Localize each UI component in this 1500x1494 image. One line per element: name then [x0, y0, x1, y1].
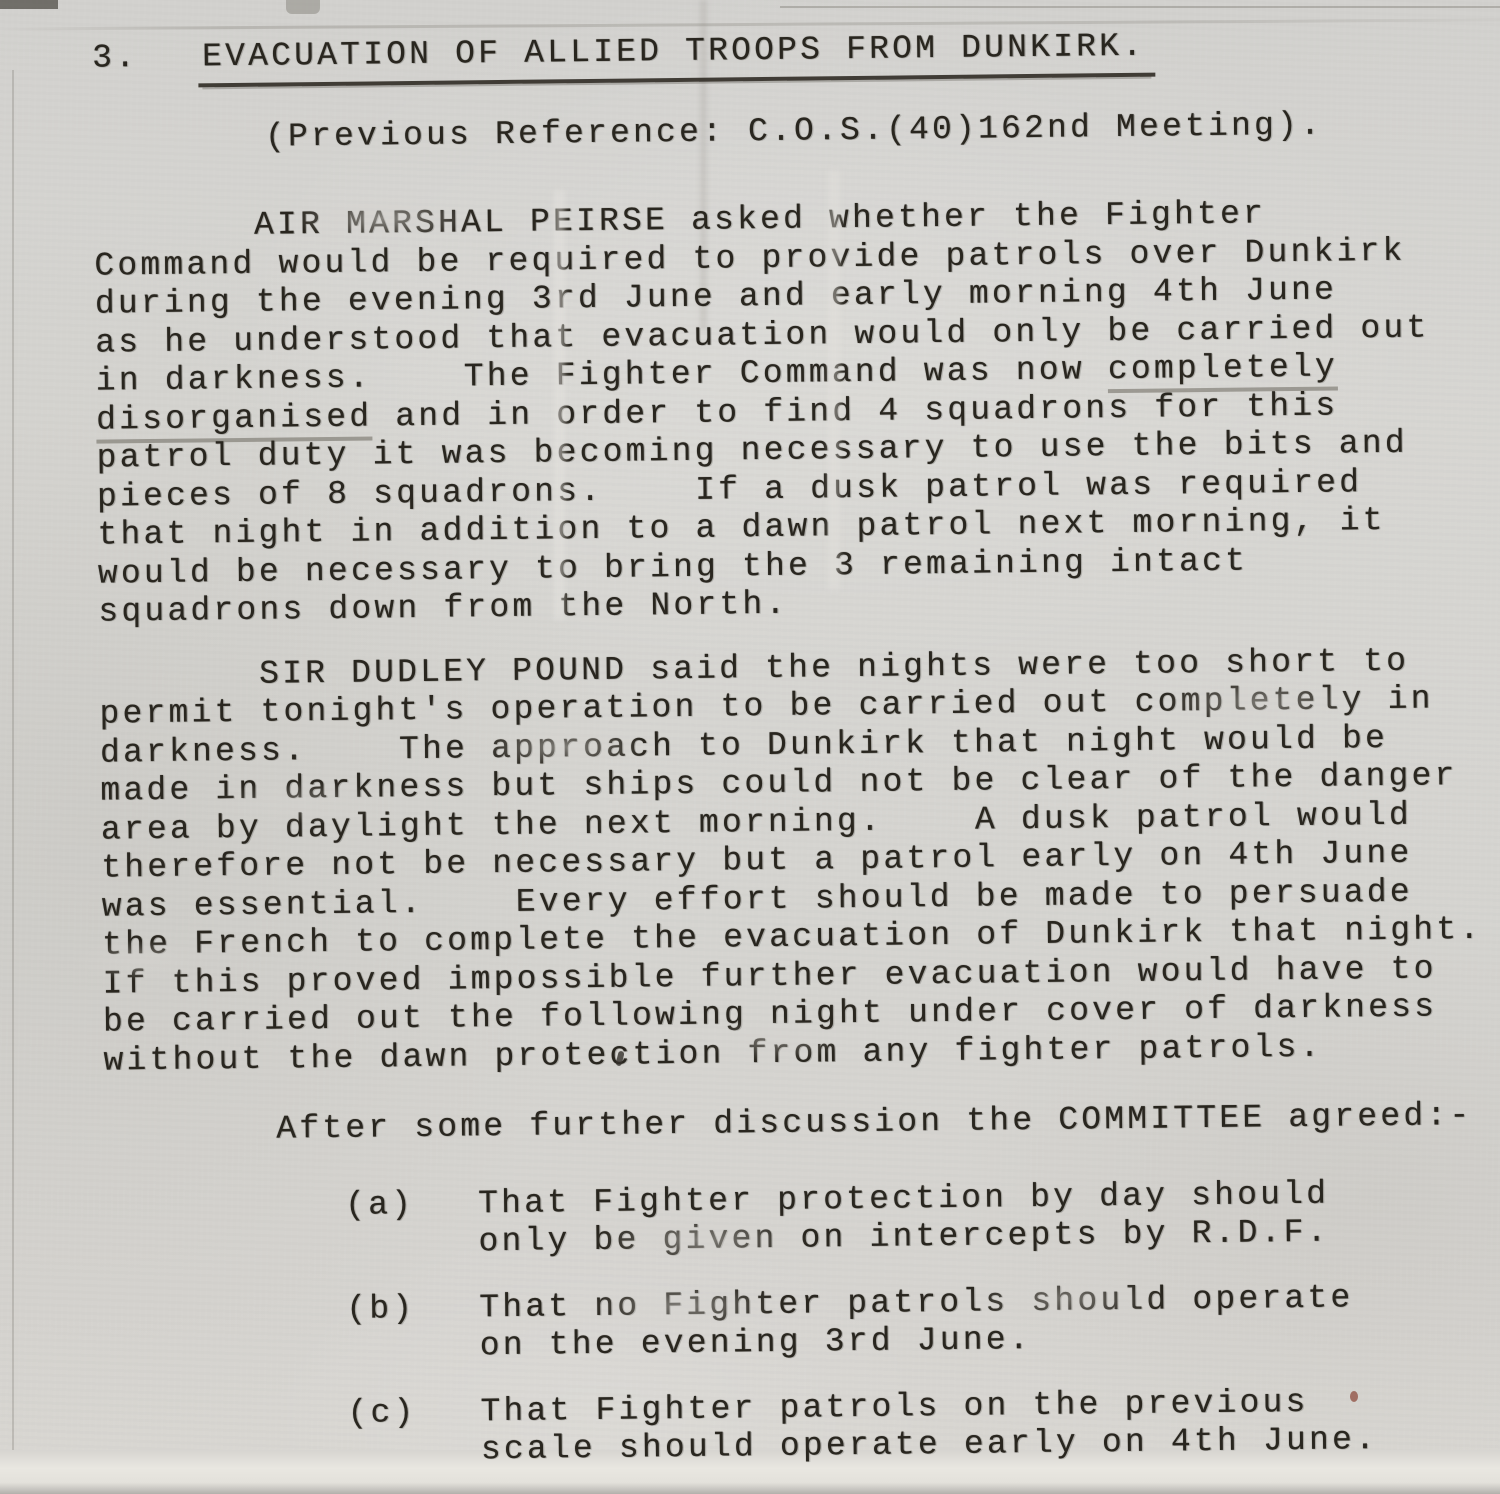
- agreement-item: (b)That no Fighter patrols should operat…: [346, 1277, 1500, 1367]
- agreement-item-text: That Fighter patrols on the previousscal…: [480, 1383, 1378, 1470]
- agreement-item: (c)That Fighter patrols on the previouss…: [347, 1381, 1500, 1471]
- agreement-item-text: That Fighter protection by day shouldonl…: [478, 1175, 1330, 1262]
- text-segment: squadrons down from the North.: [98, 586, 788, 631]
- section-heading: 3. EVACUATION OF ALLIED TROOPS FROM DUNK…: [92, 24, 1500, 88]
- committee-agreed-line: After some further discussion the COMMIT…: [276, 1097, 1500, 1150]
- section-number: 3.: [92, 39, 138, 78]
- paragraph-air-marshal-peirse: AIR MARSHAL PEIRSE asked whether the Fig…: [94, 193, 1500, 632]
- agreement-item-label: (a): [345, 1185, 479, 1264]
- agreement-item-label: (b): [346, 1289, 480, 1368]
- text-line: only be given on intercepts by R.D.F.: [478, 1214, 1330, 1262]
- previous-reference-line: (Previous Reference: C.O.S.(40)162nd Mee…: [265, 104, 1500, 157]
- document-content: 3. EVACUATION OF ALLIED TROOPS FROM DUNK…: [0, 0, 1500, 1494]
- agreement-item: (a)That Fighter protection by day should…: [345, 1173, 1500, 1263]
- agreement-item-label: (c): [347, 1393, 481, 1472]
- agreements-list: (a)That Fighter protection by day should…: [345, 1173, 1500, 1471]
- agreement-item-text: That no Fighter patrols should operateon…: [479, 1279, 1354, 1366]
- paragraph-sir-dudley-pound: SIR DUDLEY POUND said the nights were to…: [99, 641, 1500, 1080]
- scanned-document-page: 3. EVACUATION OF ALLIED TROOPS FROM DUNK…: [0, 0, 1500, 1494]
- section-title: EVACUATION OF ALLIED TROOPS FROM DUNKIRK…: [198, 28, 1156, 87]
